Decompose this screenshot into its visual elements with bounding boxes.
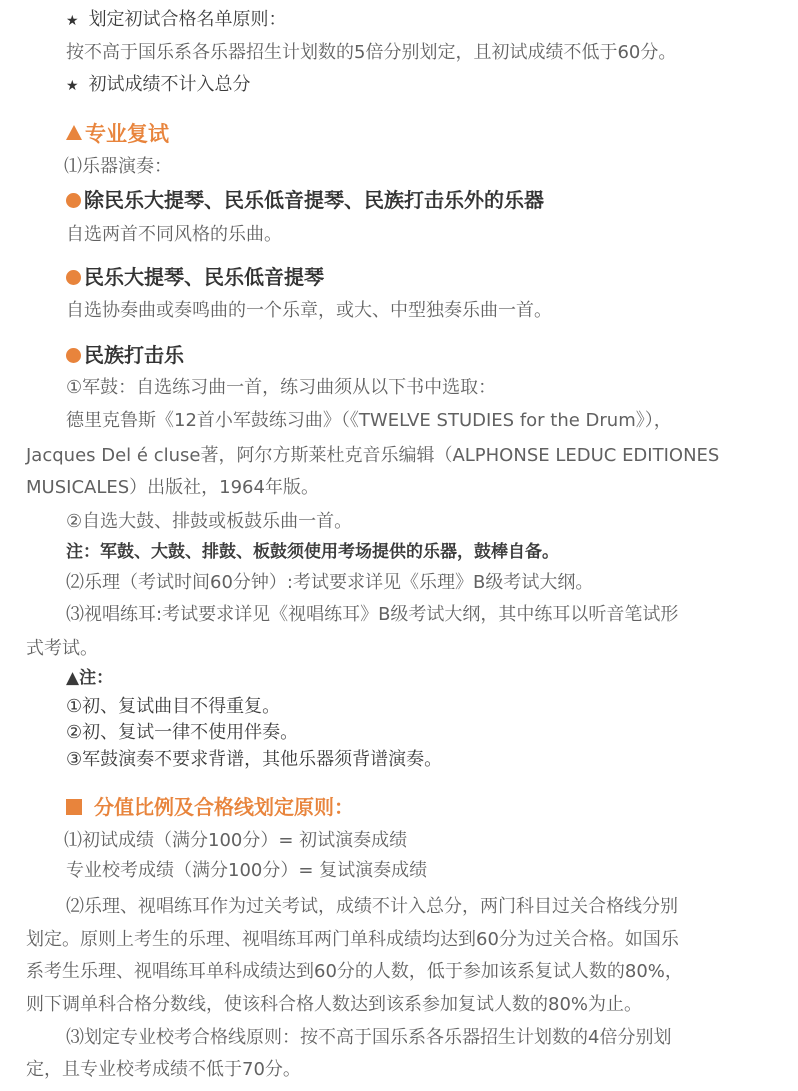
scoring-item1-line1: ⑴初试成绩（满分100分）= 初试演奏成绩 xyxy=(64,829,407,853)
scoring-item3-line2: 定，且专业校考成绩不低于70分。 xyxy=(26,1058,301,1082)
percussion-note: 注：军鼓、大鼓、排鼓、板鼓须使用考场提供的乐器，鼓棒自备。 xyxy=(66,540,559,564)
scoring-item2-line2: 划定。原则上考生的乐理、视唱练耳两门单科成绩均达到60分为过关合格。如国乐 xyxy=(26,928,679,952)
scoring-heading: 分值比例及合格线划定原则： xyxy=(66,793,354,821)
scoring-item2-line1: ⑵乐理、视唱练耳作为过关考试，成绩不计入总分，两门科目过关合格线分别 xyxy=(66,895,678,919)
star-icon: ★ xyxy=(66,13,79,29)
note-3: ③军鼓演奏不要求背谱，其他乐器须背谱演奏。 xyxy=(66,748,442,772)
retest-item3-line1: ⑶视唱练耳:考试要求详见《视唱练耳》B级考试大纲，其中练耳以听音笔试形 xyxy=(66,603,678,627)
bullet-dot-icon xyxy=(66,348,81,363)
prelim-note-text: 初试成绩不计入总分 xyxy=(89,74,251,95)
star-icon: ★ xyxy=(66,78,79,94)
percussion-line-2: 德里克鲁斯《12首小军鼓练习曲》（《TWELVE STUDIES for the… xyxy=(66,409,672,433)
notes-heading: ▲注： xyxy=(66,666,113,690)
percussion-line-1: ①军鼓：自选练习曲一首，练习曲须从以下书中选取： xyxy=(66,376,496,400)
group-title-percussion: 民族打击乐 xyxy=(66,341,184,369)
group-title-general: 除民乐大提琴、民乐低音提琴、民族打击乐外的乐器 xyxy=(66,186,544,214)
scoring-item1-line2: 专业校考成绩（满分100分）= 复试演奏成绩 xyxy=(66,859,427,883)
prelim-rule-text: 按不高于国乐系各乐器招生计划数的5倍分别划定，且初试成绩不低于60分。 xyxy=(66,41,676,65)
group-text-cello-bass: 自选协奏曲或奏鸣曲的一个乐章，或大、中型独奏乐曲一首。 xyxy=(66,299,552,323)
retest-item1-label: ⑴乐器演奏： xyxy=(64,155,172,179)
scoring-item2-line3: 系考生乐理、视唱练耳单科成绩达到60分的人数，低于参加该系复试人数的80%， xyxy=(26,960,683,984)
group-title-text: 民乐大提琴、民乐低音提琴 xyxy=(84,265,324,289)
group-title-text: 民族打击乐 xyxy=(84,343,184,367)
group-title-text: 除民乐大提琴、民乐低音提琴、民族打击乐外的乐器 xyxy=(84,188,544,212)
group-title-cello-bass: 民乐大提琴、民乐低音提琴 xyxy=(66,263,324,291)
note-1: ①初、复试曲目不得重复。 xyxy=(66,695,280,719)
prelim-rule-heading-text: 划定初试合格名单原则： xyxy=(89,9,287,30)
bullet-dot-icon xyxy=(66,270,81,285)
retest-heading-text: 专业复试 xyxy=(85,122,169,146)
triangle-icon xyxy=(66,125,82,140)
retest-heading: 专业复试 xyxy=(66,120,169,148)
scoring-item2-line4: 则下调单科合格分数线，使该科合格人数达到该系参加复试人数的80%为止。 xyxy=(26,993,642,1017)
retest-item2: ⑵乐理（考试时间60分钟）:考试要求详见《乐理》B级考试大纲。 xyxy=(66,571,593,595)
bullet-dot-icon xyxy=(66,193,81,208)
scoring-heading-text: 分值比例及合格线划定原则： xyxy=(94,795,354,819)
note-2: ②初、复试一律不使用伴奏。 xyxy=(66,721,298,745)
prelim-note: ★初试成绩不计入总分 xyxy=(66,73,251,98)
prelim-rule-heading: ★划定初试合格名单原则： xyxy=(66,8,287,33)
square-icon xyxy=(66,799,82,815)
group-text-general: 自选两首不同风格的乐曲。 xyxy=(66,223,282,247)
retest-item3-line2: 式考试。 xyxy=(26,637,98,661)
scoring-item3-line1: ⑶划定专业校考合格线原则：按不高于国乐系各乐器招生计划数的4倍分别划 xyxy=(66,1026,671,1050)
percussion-line-4: MUSICALES）出版社，1964年版。 xyxy=(26,476,319,500)
percussion-line-5: ②自选大鼓、排鼓或板鼓乐曲一首。 xyxy=(66,510,352,534)
percussion-line-3: Jacques Del é cluse著，阿尔方斯莱杜克音乐编辑（ALPHONS… xyxy=(26,444,719,468)
